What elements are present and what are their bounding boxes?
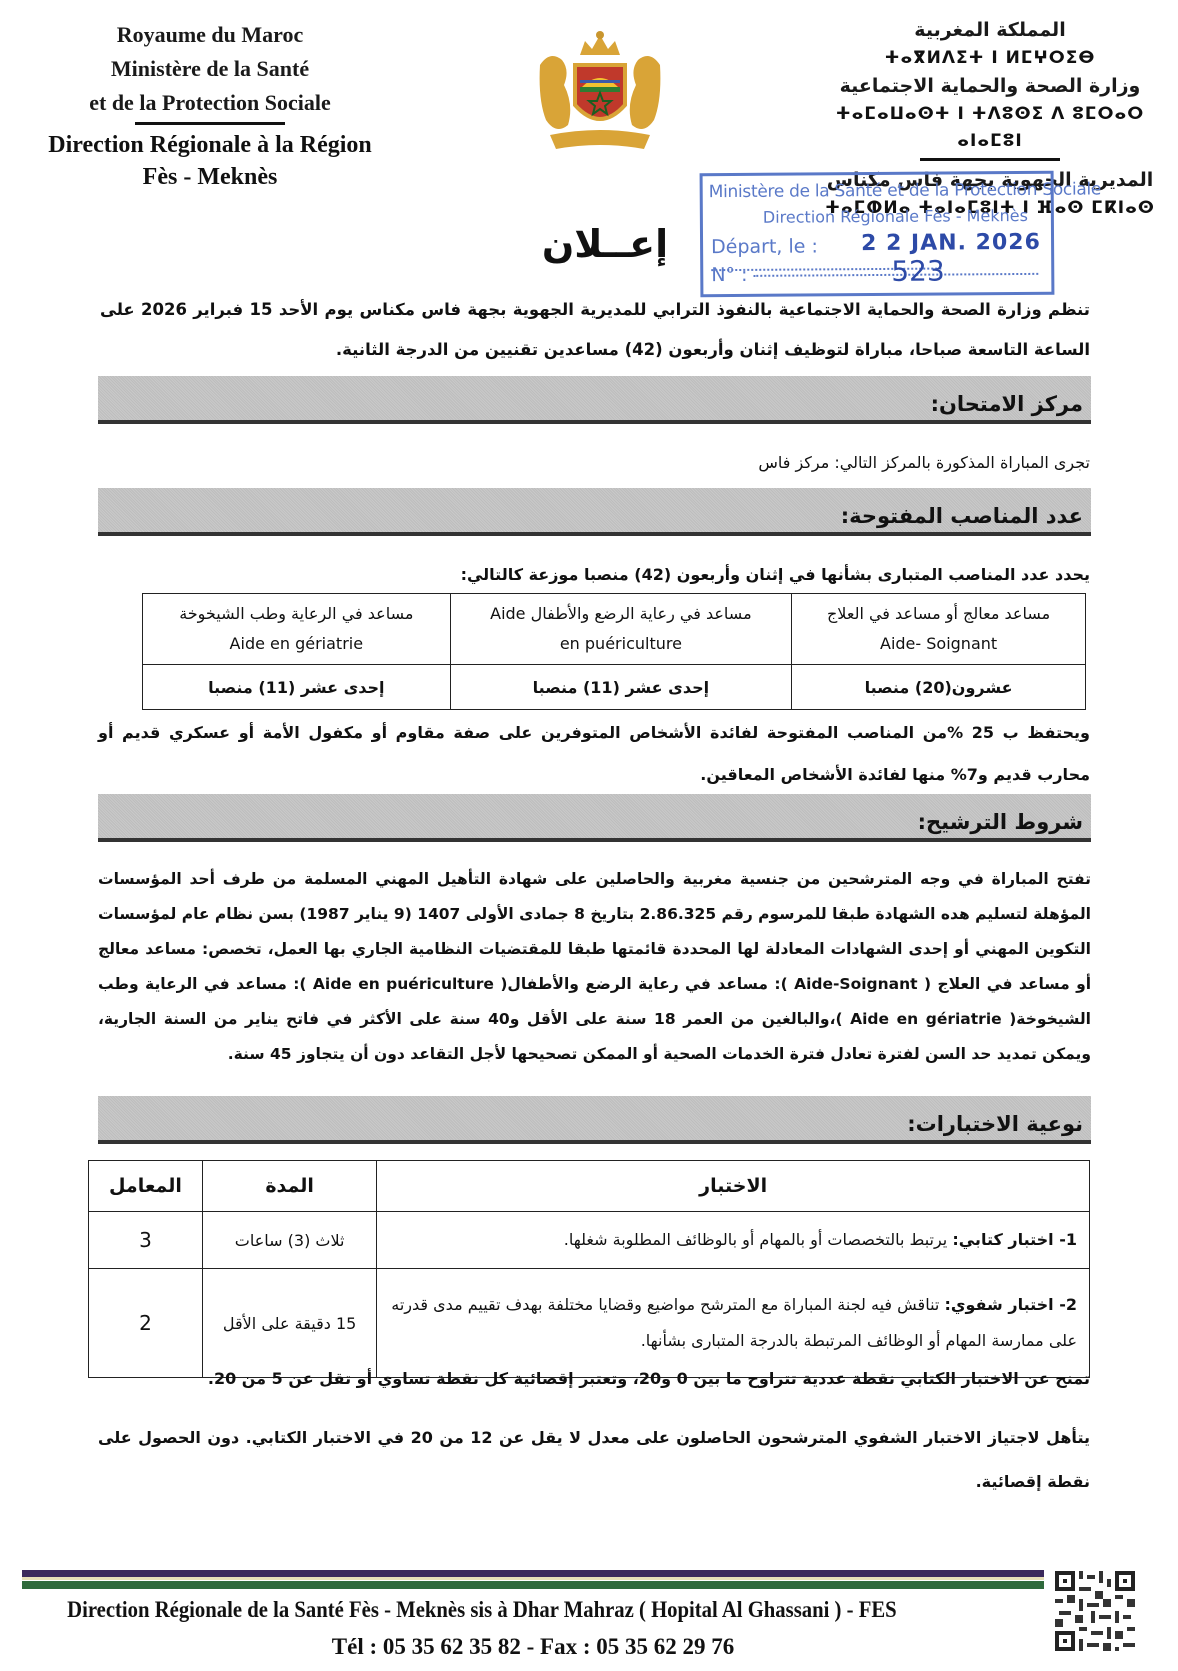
test-label: 2- اختبار شفوي: [944,1295,1077,1314]
footer-color-bars [22,1570,1044,1594]
kingdom-name-ar: المملكة المغربية [810,16,1170,45]
exam-center-text: تجرى المباراة المذكورة بالمركز التالي: م… [100,448,1090,478]
test-coefficient: 3 [89,1212,203,1269]
post-cell: مساعد في الرعاية وطب الشيخوخةAide en gér… [143,594,451,665]
stamp-number-label: N° : [711,264,747,286]
section-heading: عدد المناصب المفتوحة: [841,504,1083,528]
test-duration: ثلاث (3) ساعات [202,1212,376,1269]
stamp-depart-label: Départ, le : [711,235,818,258]
post-count: عشرون(20) منصبا [792,665,1086,710]
post-count: إحدى عشر (11) منصبا [450,665,792,710]
post-title-fr: Aide en gériatrie [149,629,444,659]
header-french-block: Royaume du Maroc Ministère de la Santé e… [20,18,400,193]
ministry-name-tifinagh: ⵜⴰⵎⴰⵡⴰⵙⵜ ⵏ ⵜⴷⵓⵙⵉ ⴷ ⵓⵎⵔⴰⵔ ⴰⵏⴰⵎⵓⵏ [810,101,1170,155]
section-heading: مركز الامتحان: [931,392,1083,416]
test-duration: 15 دقيقة على الأقل [202,1269,376,1378]
intro-paragraph: تنظم وزارة الصحة والحماية الاجتماعية بال… [100,290,1090,370]
reservation-paragraph: ويحتفظ ب 25 %من المناصب المفتوحة لفائدة … [98,712,1090,796]
section-header-tests: نوعية الاختبارات: [98,1096,1091,1144]
ministry-name-ar: وزارة الصحة والحماية الاجتماعية [810,72,1170,101]
ministry-name-fr-2: et de la Protection Sociale [20,86,400,120]
post-title-ar: مساعد معالج أو مساعد في العلاج [798,599,1079,629]
footer-address: Direction Régionale de la Santé Fès - Me… [22,1597,942,1623]
test-description: 1- اختبار كتابي: يرتبط بالتخصصات أو بالم… [377,1212,1090,1269]
kingdom-name-fr: Royaume du Maroc [20,18,400,52]
test-text: يرتبط بالتخصصات أو بالمهام أو بالوظائف ا… [564,1230,953,1249]
kingdom-name-tifinagh: ⵜⴰⴳⵍⴷⵉⵜ ⵏ ⵍⵎⵖⵔⵉⴱ [810,45,1170,72]
post-count: إحدى عشر (11) منصبا [143,665,451,710]
stamp-number-row: N° : [711,262,1038,286]
page-title: إعــلان [530,222,680,266]
test-coefficient: 2 [89,1269,203,1378]
header-divider-right [920,158,1060,161]
ministry-name-fr: Ministère de la Santé [20,52,400,86]
footer-contact: Tél : 05 35 62 35 82 - Fax : 05 35 62 29… [22,1634,1044,1660]
post-title-ar: مساعد في الرعاية وطب الشيخوخة [149,599,444,629]
footer-bar-green [22,1581,1044,1589]
moroccan-coat-of-arms-icon [520,25,680,165]
direction-name-fr: Direction Régionale à la Région [20,129,400,161]
post-title-fr: Aide- Soignant [798,629,1079,659]
post-cell: مساعد في رعاية الرضع والأطفال Aideen pué… [450,594,792,665]
tests-table: الاختبار المدة المعامل 1- اختبار كتابي: … [88,1160,1090,1378]
conditions-paragraph: تفتح المباراة في وجه المترشحين من جنسية … [98,862,1091,1072]
column-header-test: الاختبار [377,1161,1090,1212]
qr-code-icon [1055,1568,1135,1654]
section-header-open-posts: عدد المناصب المفتوحة: [98,488,1091,536]
section-header-exam-center: مركز الامتحان: [98,376,1091,424]
stamp-date: 2 2 JAN. 2026 [861,230,1041,256]
written-test-note: تمنح عن الاختبار الكتابي نقطة عددية تترا… [98,1364,1090,1394]
test-label: 1- اختبار كتابي: [952,1230,1077,1249]
post-cell: مساعد معالج أو مساعد في العلاجAide- Soig… [792,594,1086,665]
departure-stamp: Ministère de la Santé et de la Protectio… [700,171,1055,297]
stamp-ministry: Ministère de la Santé et de la Protectio… [709,179,1101,202]
section-header-conditions: شروط الترشيح: [98,794,1091,842]
test-description: 2- اختبار شفوي: تناقش فيه لجنة المباراة … [377,1269,1090,1378]
oral-test-eligibility-note: يتأهل لاجتياز الاختبار الشفوي المترشحون … [98,1416,1090,1504]
column-header-duration: المدة [202,1161,376,1212]
section-heading: شروط الترشيح: [918,810,1083,834]
open-posts-intro: يحدد عدد المناصب المتبارى بشأنها في إثنا… [100,560,1090,590]
table-row: 1- اختبار كتابي: يرتبط بالتخصصات أو بالم… [89,1212,1090,1269]
open-posts-table: مساعد معالج أو مساعد في العلاجAide- Soig… [142,593,1086,710]
section-heading: نوعية الاختبارات: [907,1112,1083,1136]
post-title-ar: مساعد في رعاية الرضع والأطفال Aide [457,599,786,629]
column-header-coefficient: المعامل [89,1161,203,1212]
stamp-direction: Direction Régionale Fès - Meknès [763,206,1028,227]
region-name-fr: Fès - Meknès [20,161,400,193]
post-title-fr: en puériculture [457,629,786,659]
table-row: 2- اختبار شفوي: تناقش فيه لجنة المباراة … [89,1269,1090,1378]
header-divider [135,122,285,125]
footer-bar-cream [22,1577,1044,1580]
footer-bar-purple [22,1570,1044,1577]
stamp-number: 523 [891,255,945,288]
